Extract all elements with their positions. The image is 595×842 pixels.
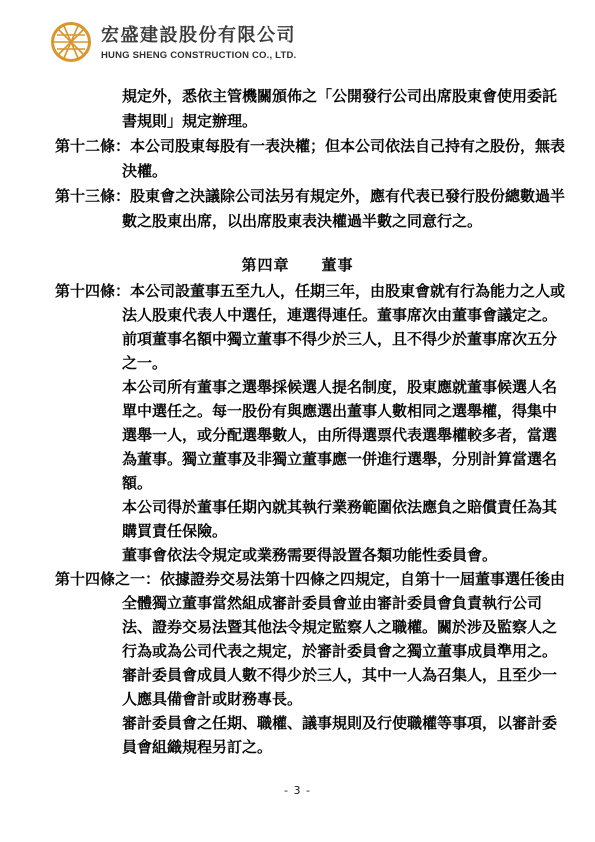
document-line: 全體獨立董事當然組成審計委員會並由審計委員會負責執行公司 [0, 591, 595, 615]
document-body: 規定外，悉依主管機關頒佈之「公開發行公司出席股東會使用委託書規則」規定辦理。第十… [0, 84, 595, 759]
document-line: 行為或為公司代表之規定，於審計委員會之獨立董事成員準用之。 [0, 639, 595, 663]
document-line: 審計委員會成員人數不得少於三人，其中一人為召集人，且至少一 [0, 663, 595, 687]
document-line: 審計委員會之任期、職權、議事規則及行使職權等事項，以審計委 [0, 711, 595, 735]
document-line: 員會組織規程另訂之。 [0, 735, 595, 759]
section-director-articles: 第十四條：本公司設董事五至九人，任期三年，由股東會就有行為能力之人或法人股東代表… [0, 279, 595, 759]
chapter-heading: 第四章 董事 [0, 253, 595, 278]
document-line: 額。 [0, 471, 595, 495]
document-line: 規定外，悉依主管機關頒佈之「公開發行公司出席股東會使用委託 [0, 84, 595, 109]
document-page: 宏盛建設股份有限公司 HUNG SHENG CONSTRUCTION CO., … [0, 0, 595, 842]
letterhead: 宏盛建設股份有限公司 HUNG SHENG CONSTRUCTION CO., … [50, 21, 296, 63]
document-line: 購買責任保險。 [0, 519, 595, 543]
document-line: 書規則」規定辦理。 [0, 109, 595, 134]
document-line: 第十四條之一：依據證券交易法第十四條之四規定，自第十一屆董事選任後由 [0, 567, 595, 591]
document-line: 法、證券交易法暨其他法令規定監察人之職權。關於涉及監察人之 [0, 615, 595, 639]
page-footer: - 3 - [0, 784, 595, 797]
company-name-zh: 宏盛建設股份有限公司 [101, 24, 296, 48]
document-line: 選舉一人，或分配選舉數人，由所得選票代表選舉權較多者，當選 [0, 423, 595, 447]
document-line: 第十四條：本公司設董事五至九人，任期三年，由股東會就有行為能力之人或 [0, 279, 595, 303]
document-line: 前項董事名額中獨立董事不得少於三人，且不得少於董事席次五分 [0, 327, 595, 351]
document-line: 單中選任之。每一股份有與應選出董事人數相同之選舉權，得集中 [0, 399, 595, 423]
letterhead-text: 宏盛建設股份有限公司 HUNG SHENG CONSTRUCTION CO., … [101, 21, 296, 61]
company-logo-icon [50, 21, 92, 63]
document-line: 第十二條：本公司股東每股有一表決權；但本公司依法自己持有之股份，無表 [0, 134, 595, 159]
document-line: 本公司所有董事之選舉採候選人提名制度，股東應就董事候選人名 [0, 375, 595, 399]
document-line: 董事會依法令規定或業務需要得設置各類功能性委員會。 [0, 543, 595, 567]
document-line: 為董事。獨立董事及非獨立董事應一併進行選舉，分別計算當選名 [0, 447, 595, 471]
document-line: 決權。 [0, 159, 595, 184]
document-line: 人應具備會計或財務專長。 [0, 687, 595, 711]
document-line: 法人股東代表人中選任，連選得連任。董事席次由董事會議定之。 [0, 303, 595, 327]
company-name-en: HUNG SHENG CONSTRUCTION CO., LTD. [101, 50, 296, 61]
document-line: 本公司得於董事任期內就其執行業務範圍依法應負之賠償責任為其 [0, 495, 595, 519]
document-line: 數之股東出席，以出席股東表決權過半數之同意行之。 [0, 209, 595, 234]
page-number: - 3 - [284, 784, 311, 797]
document-line: 之一。 [0, 351, 595, 375]
document-line: 第十三條：股東會之決議除公司法另有規定外，應有代表已發行股份總數過半 [0, 184, 595, 209]
section-shareholder-articles: 規定外，悉依主管機關頒佈之「公開發行公司出席股東會使用委託書規則」規定辦理。第十… [0, 84, 595, 234]
